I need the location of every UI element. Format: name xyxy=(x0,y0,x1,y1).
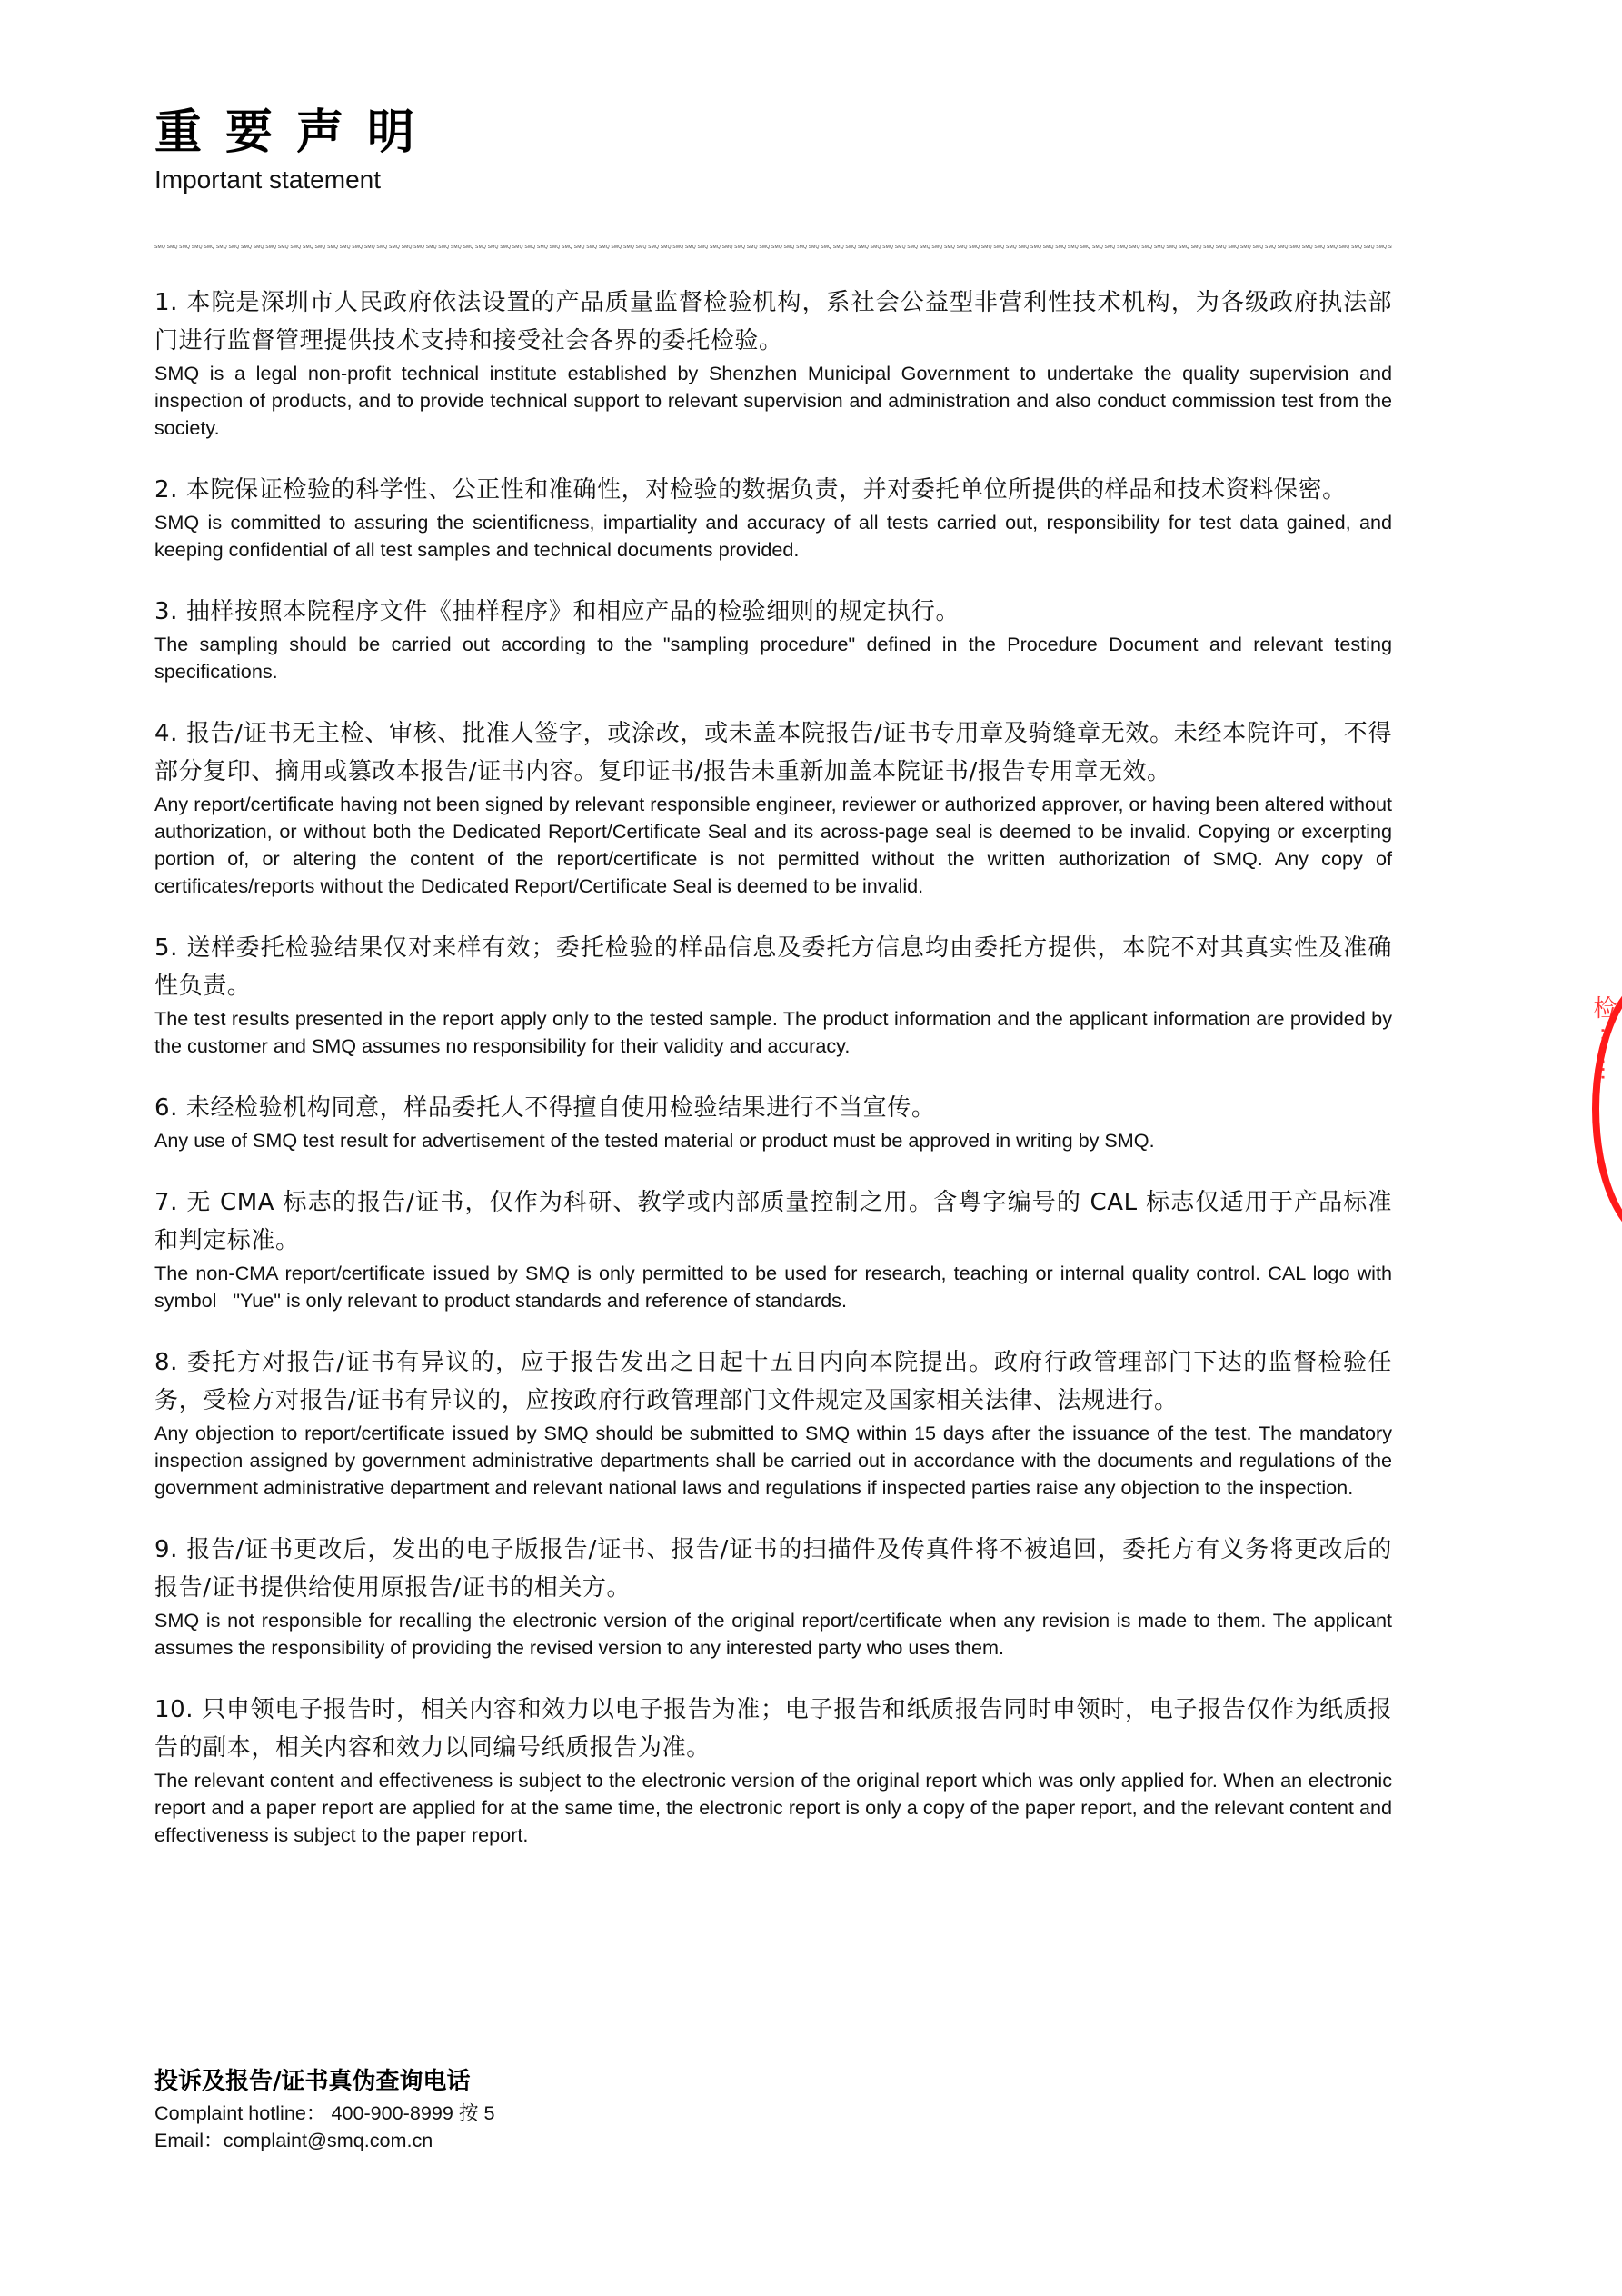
statement-en: SMQ is not responsible for recalling the… xyxy=(154,1607,1392,1662)
page-title-cn: 重要声明 xyxy=(154,102,438,164)
statement-cn: 8. 委托方对报告/证书有异议的，应于报告发出之日起十五日内向本院提出。政府行政… xyxy=(154,1343,1392,1420)
seal-text: 检 ⋯ ⋯ xyxy=(1597,995,1622,1082)
page-title-en: Important statement xyxy=(154,165,381,195)
statement-en: The relevant content and effectiveness i… xyxy=(154,1767,1392,1849)
statement-cn: 4. 报告/证书无主检、审核、批准人签字，或涂改，或未盖本院报告/证书专用章及骑… xyxy=(154,714,1392,791)
statement-cn: 7. 无 CMA 标志的报告/证书，仅作为科研、教学或内部质量控制之用。含粤字编… xyxy=(154,1183,1392,1260)
statement-en: Any objection to report/certificate issu… xyxy=(154,1420,1392,1502)
statement-item: 1. 本院是深圳市人民政府依法设置的产品质量监督检验机构，系社会公益型非营利性技… xyxy=(154,284,1392,442)
statement-en: The test results presented in the report… xyxy=(154,1005,1392,1060)
statement-en: The sampling should be carried out accor… xyxy=(154,631,1392,685)
statement-item: 8. 委托方对报告/证书有异议的，应于报告发出之日起十五日内向本院提出。政府行政… xyxy=(154,1343,1392,1502)
statement-cn: 1. 本院是深圳市人民政府依法设置的产品质量监督检验机构，系社会公益型非营利性技… xyxy=(154,284,1392,360)
statement-cn: 2. 本院保证检验的科学性、公正性和准确性，对检验的数据负责，并对委托单位所提供… xyxy=(154,471,1392,509)
statement-en: The non-CMA report/certificate issued by… xyxy=(154,1260,1392,1314)
statement-en: Any report/certificate having not been s… xyxy=(154,791,1392,900)
contact-title: 投诉及报告/证书真伪查询电话 xyxy=(154,2063,495,2100)
statement-item: 5. 送样委托检验结果仅对来样有效；委托检验的样品信息及委托方信息均由委托方提供… xyxy=(154,929,1392,1060)
statement-en: SMQ is a legal non-profit technical inst… xyxy=(154,360,1392,442)
complaint-email[interactable]: Email：complaint@smq.com.cn xyxy=(154,2127,495,2154)
statement-item: 7. 无 CMA 标志的报告/证书，仅作为科研、教学或内部质量控制之用。含粤字编… xyxy=(154,1183,1392,1314)
statement-cn: 5. 送样委托检验结果仅对来样有效；委托检验的样品信息及委托方信息均由委托方提供… xyxy=(154,929,1392,1005)
statement-cn: 9. 报告/证书更改后，发出的电子版报告/证书、报告/证书的扫描件及传真件将不被… xyxy=(154,1531,1392,1607)
statement-item: 2. 本院保证检验的科学性、公正性和准确性，对检验的数据负责，并对委托单位所提供… xyxy=(154,471,1392,564)
statement-cn: 6. 未经检验机构同意，样品委托人不得擅自使用检验结果进行不当宣传。 xyxy=(154,1089,1392,1127)
statement-item: 3. 抽样按照本院程序文件《抽样程序》和相应产品的检验细则的规定执行。 The … xyxy=(154,593,1392,685)
statement-cn: 10. 只申领电子报告时，相关内容和效力以电子报告为准；电子报告和纸质报告同时申… xyxy=(154,1691,1392,1767)
statement-en: Any use of SMQ test result for advertise… xyxy=(154,1127,1392,1154)
statement-en: SMQ is committed to assuring the scienti… xyxy=(154,509,1392,564)
statement-item: 9. 报告/证书更改后，发出的电子版报告/证书、报告/证书的扫描件及传真件将不被… xyxy=(154,1531,1392,1662)
complaint-contact: 投诉及报告/证书真伪查询电话 Complaint hotline： 400-90… xyxy=(154,2063,495,2154)
statement-item: 4. 报告/证书无主检、审核、批准人签字，或涂改，或未盖本院报告/证书专用章及骑… xyxy=(154,714,1392,900)
statement-item: 6. 未经检验机构同意，样品委托人不得擅自使用检验结果进行不当宣传。 Any u… xyxy=(154,1089,1392,1154)
statement-item: 10. 只申领电子报告时，相关内容和效力以电子报告为准；电子报告和纸质报告同时申… xyxy=(154,1691,1392,1849)
statement-cn: 3. 抽样按照本院程序文件《抽样程序》和相应产品的检验细则的规定执行。 xyxy=(154,593,1392,631)
statement-list: 1. 本院是深圳市人民政府依法设置的产品质量监督检验机构，系社会公益型非营利性技… xyxy=(154,284,1392,1878)
complaint-hotline: Complaint hotline： 400-900-8999 按 5 xyxy=(154,2100,495,2127)
microtext-divider: SMQ SMQ SMQ SMQ SMQ SMQ SMQ SMQ SMQ SMQ … xyxy=(154,244,1392,251)
